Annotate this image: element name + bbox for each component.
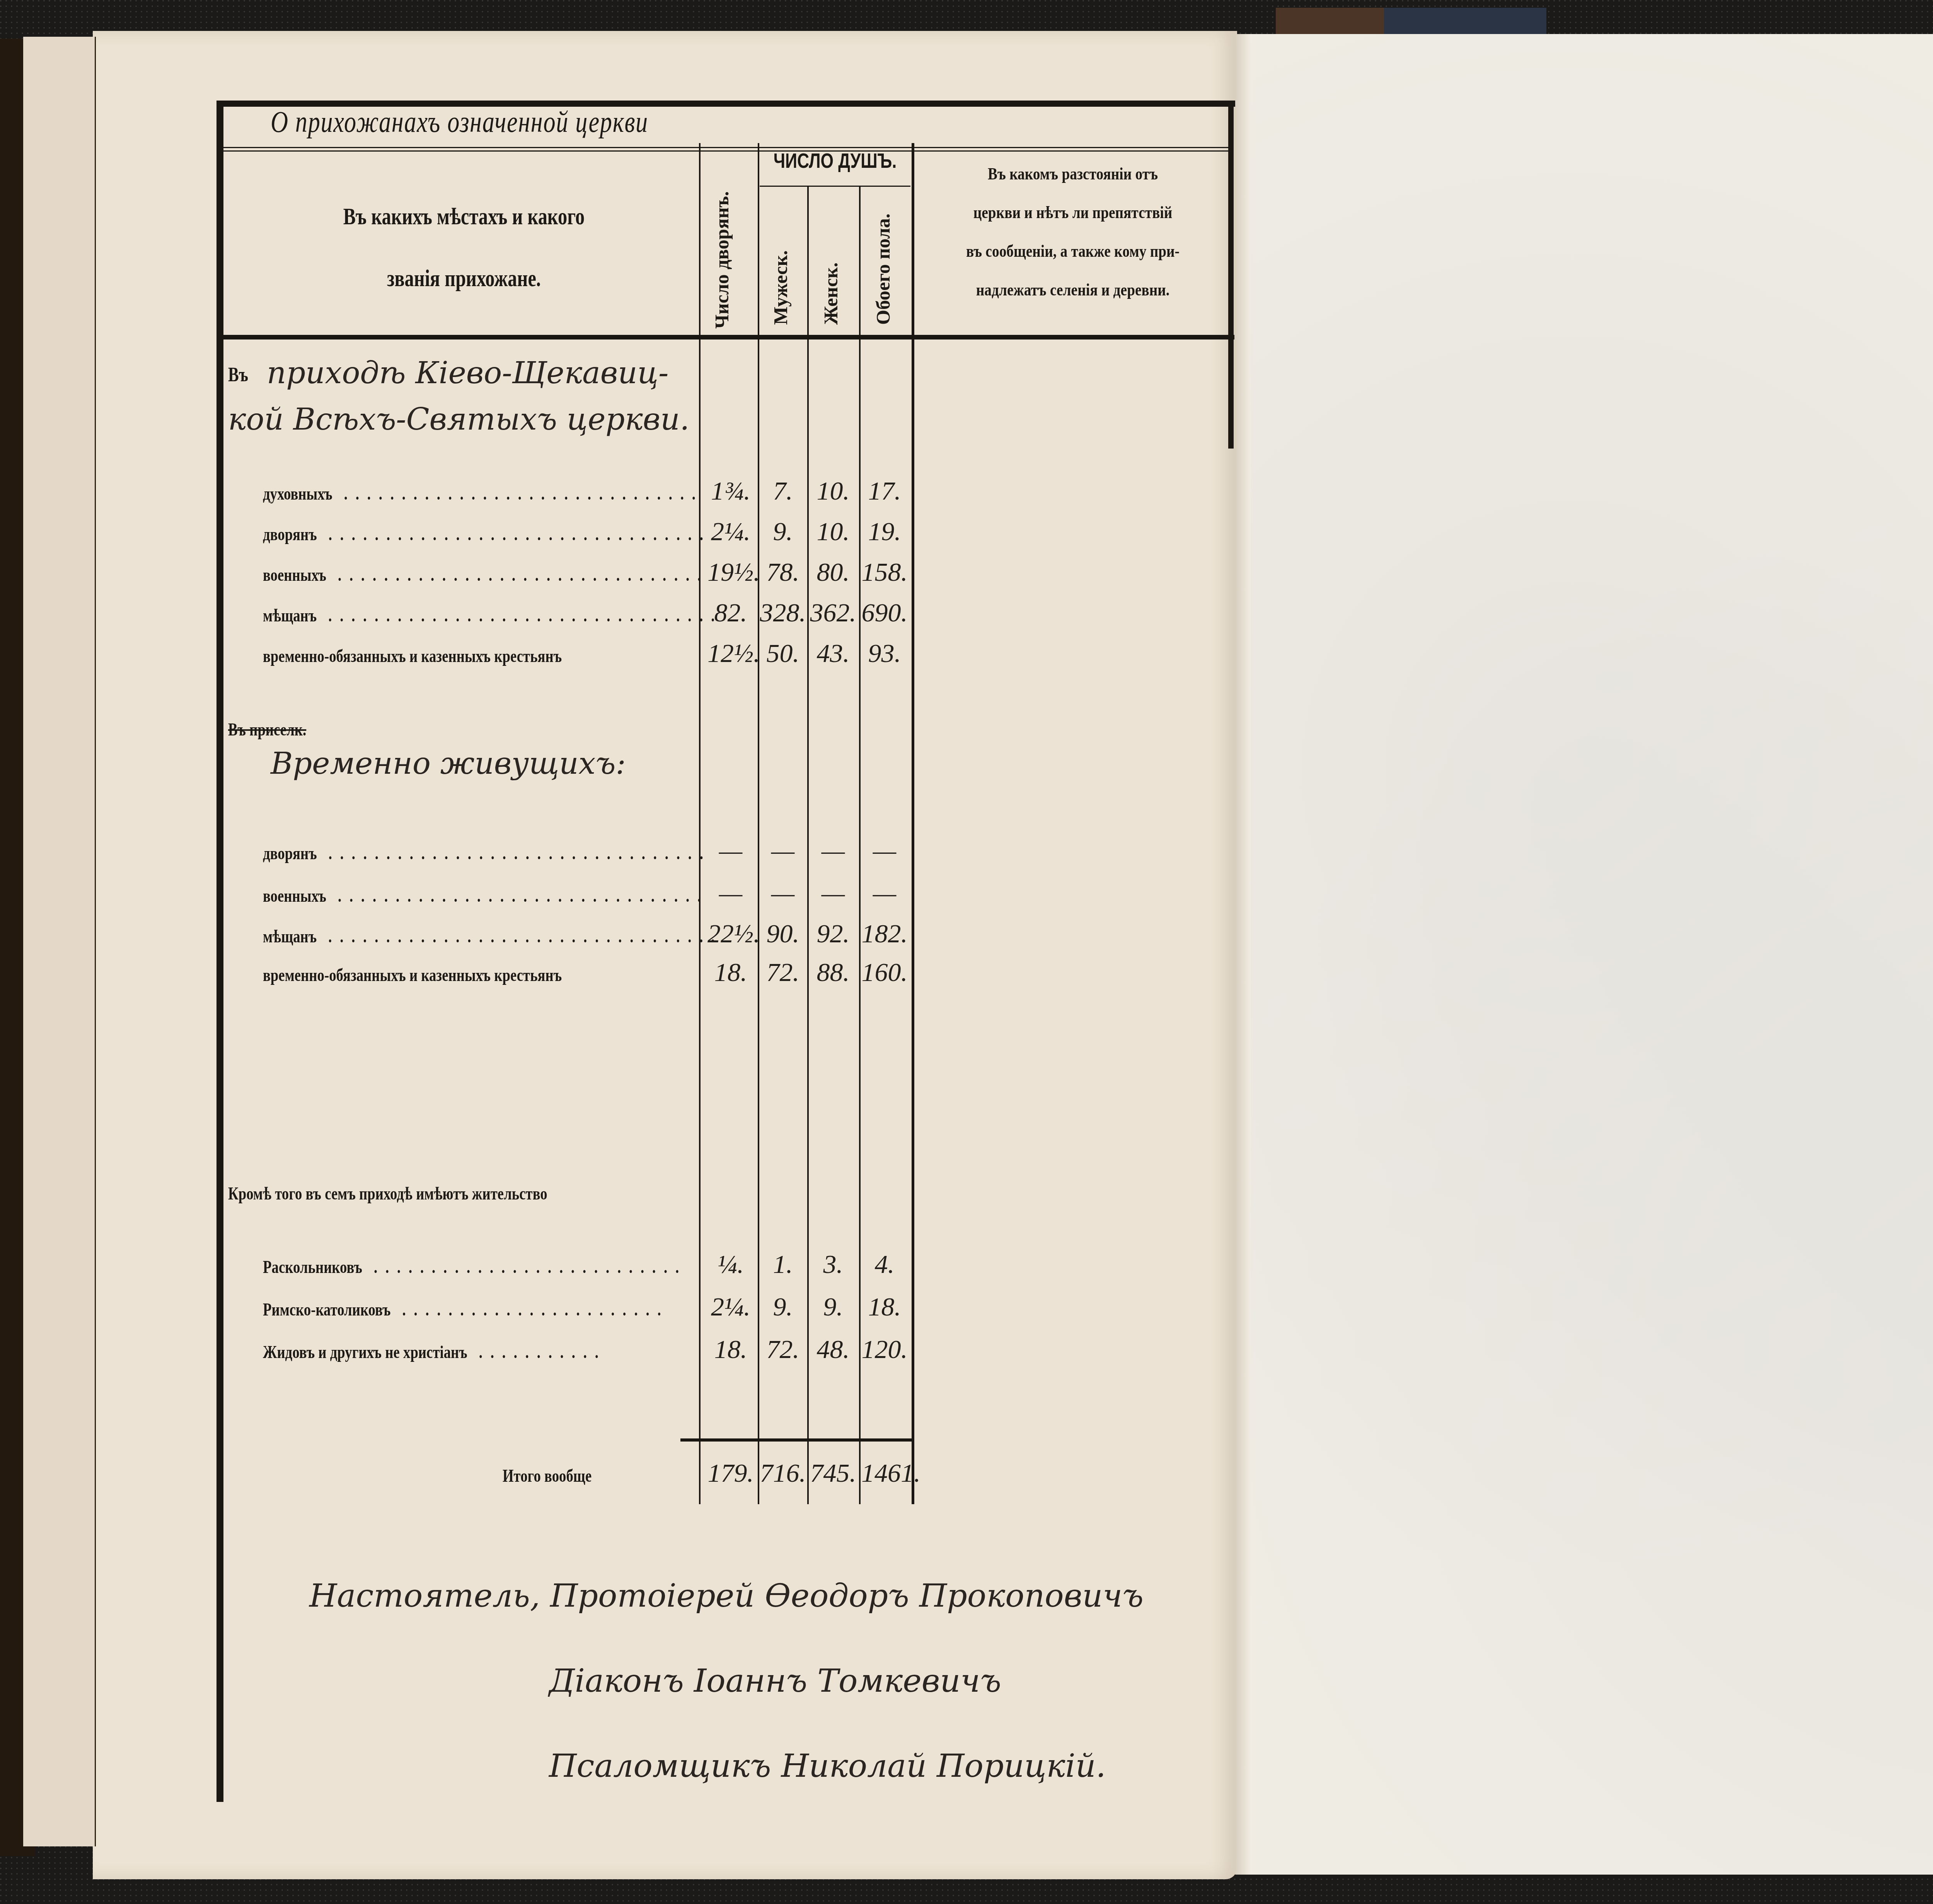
col-rule-5 (912, 143, 914, 1504)
header-male: Мужеск. (769, 224, 792, 325)
right-page-blank (1243, 34, 1933, 1875)
header-distance-line: надлежатъ селенія и деревни. (941, 271, 1204, 309)
dot-leader: ................................. (317, 524, 711, 544)
header-bottom-rule (223, 335, 1234, 340)
souls-group-rule (760, 186, 910, 187)
cell-households: 19½. (707, 557, 754, 587)
cell-both: 158. (861, 557, 908, 587)
cell-male: 9. (760, 1292, 806, 1322)
book-spine-band-blue (1384, 8, 1546, 35)
cell-male: 9. (760, 516, 806, 547)
row-label: временно-обязанныхъ и казенныхъ крестьян… (263, 646, 562, 666)
row-label: духовныхъ ..............................… (263, 483, 704, 504)
cell-both: 17. (861, 476, 908, 506)
cell-both: 690. (861, 597, 908, 628)
title-double-rule (223, 147, 1229, 152)
cell-female: 362. (810, 597, 856, 628)
section1-handwritten-line1: приходѣ Кіево-Щекавиц- (267, 356, 668, 391)
page-title: О прихожанахъ означенной церкви (271, 104, 648, 139)
cell-female: 3. (810, 1249, 856, 1280)
section2-struck-prefix: Въ приселк. (228, 719, 306, 740)
total-households: 179. (707, 1458, 754, 1488)
row-label: мѣщанъ .................................… (263, 926, 723, 947)
cell-male: — (760, 835, 806, 866)
cell-male: 72. (760, 957, 806, 988)
dot-leader: ............................... (332, 484, 704, 503)
cell-female: 10. (810, 476, 856, 506)
header-place: Въ какихъ мѣстахъ и какого званія прихож… (283, 186, 645, 309)
cell-households: 2¼. (707, 516, 754, 547)
cell-male: 7. (760, 476, 806, 506)
cell-male: 72. (760, 1334, 806, 1365)
book-spine-band (1276, 8, 1392, 35)
row-label: временно-обязанныхъ и казенныхъ крестьян… (263, 965, 562, 985)
frame-right-rule (1228, 101, 1234, 449)
total-rule (680, 1438, 912, 1442)
binding-stub (23, 37, 96, 1846)
header-distance: Въ какомъ разстояніи отъ церкви и нѣтъ л… (941, 155, 1204, 309)
dot-leader: .................................. (317, 606, 723, 625)
row-label: дворянъ ................................… (263, 524, 711, 544)
cell-both: 93. (861, 638, 908, 669)
cell-households: — (707, 835, 754, 866)
row-label: дворянъ ................................… (263, 843, 711, 863)
cell-both: — (861, 835, 908, 866)
cell-households: 18. (707, 957, 754, 988)
header-place-line2: званія прихожане. (283, 247, 645, 309)
cell-households: — (707, 878, 754, 908)
cell-both: 120. (861, 1334, 908, 1365)
cell-households: 2¼. (707, 1292, 754, 1322)
cell-both: 182. (861, 918, 908, 949)
row-label: мѣщанъ .................................… (263, 605, 723, 626)
header-households: Число дворянъ. (711, 174, 733, 329)
section1-prefix: Въ (228, 363, 248, 386)
header-distance-line: въ сообщеніи, а также кому при- (941, 232, 1204, 271)
header-souls-group: ЧИСЛО ДУШЪ. (773, 149, 897, 173)
dot-leader: ........................... (362, 1257, 687, 1277)
cell-households: ¼. (707, 1249, 754, 1280)
cell-female: 92. (810, 918, 856, 949)
col-rule-3 (807, 186, 809, 1504)
cell-both: 19. (861, 516, 908, 547)
cell-households: 12½. (707, 638, 754, 669)
dot-leader: .................................. (317, 926, 723, 946)
cell-female: 88. (810, 957, 856, 988)
dot-leader: ....................... (391, 1300, 669, 1319)
dot-leader: ................................ (326, 886, 709, 906)
dot-leader: ........... (467, 1342, 607, 1362)
cell-male: 78. (760, 557, 806, 587)
total-male: 716. (760, 1458, 806, 1488)
cell-female: 48. (810, 1334, 856, 1365)
col-rule-1 (699, 143, 701, 1504)
cell-households: 1¾. (707, 476, 754, 506)
row-label: военныхъ ...............................… (263, 885, 709, 906)
cell-male: — (760, 878, 806, 908)
header-both: Обоего пола. (872, 189, 894, 325)
row-label: военныхъ ...............................… (263, 565, 709, 585)
signature-rector: Настоятель, Протоіерей Ѳеодоръ Прокопови… (309, 1578, 1144, 1614)
cell-both: — (861, 878, 908, 908)
header-place-line1: Въ какихъ мѣстахъ и какого (283, 186, 645, 247)
row-label: Раскольниковъ ..........................… (263, 1257, 687, 1277)
col-rule-2 (758, 143, 759, 1504)
cell-female: 43. (810, 638, 856, 669)
cell-both: 18. (861, 1292, 908, 1322)
row-label: Жидовъ и другихъ не христіанъ ..........… (263, 1342, 607, 1362)
cell-male: 328. (760, 597, 806, 628)
total-female: 745. (810, 1458, 856, 1488)
row-label: Римско-католиковъ ......................… (263, 1299, 669, 1320)
cell-households: 22½. (707, 918, 754, 949)
cell-male: 50. (760, 638, 806, 669)
cell-female: — (810, 835, 856, 866)
header-distance-line: церкви и нѣтъ ли препятствій (941, 193, 1204, 232)
cell-female: — (810, 878, 856, 908)
cell-male: 90. (760, 918, 806, 949)
cell-female: 80. (810, 557, 856, 587)
cell-female: 9. (810, 1292, 856, 1322)
cell-both: 160. (861, 957, 908, 988)
cell-male: 1. (760, 1249, 806, 1280)
signature-psalmist: Псаломщикъ Николай Порицкій. (549, 1748, 1106, 1785)
cell-households: 18. (707, 1334, 754, 1365)
cell-both: 4. (861, 1249, 908, 1280)
section2-handwritten-heading: Временно живущихъ: (271, 746, 626, 781)
dot-leader: ................................. (317, 843, 711, 863)
signature-deacon: Діаконъ Іоаннъ Томкевичъ (549, 1663, 1001, 1699)
header-distance-line: Въ какомъ разстояніи отъ (941, 155, 1204, 193)
total-label: Итого вообще (503, 1466, 591, 1486)
header-female: Женск. (820, 224, 842, 325)
col-rule-4 (859, 186, 861, 1504)
section1-handwritten-line2: кой Всѣхъ-Святыхъ церкви. (228, 402, 689, 437)
total-both: 1461. (861, 1458, 908, 1488)
dot-leader: ................................ (326, 565, 709, 585)
section3-heading: Кромѣ того въ семъ приходѣ имѣютъ житель… (228, 1183, 547, 1204)
cell-households: 82. (707, 597, 754, 628)
cell-female: 10. (810, 516, 856, 547)
